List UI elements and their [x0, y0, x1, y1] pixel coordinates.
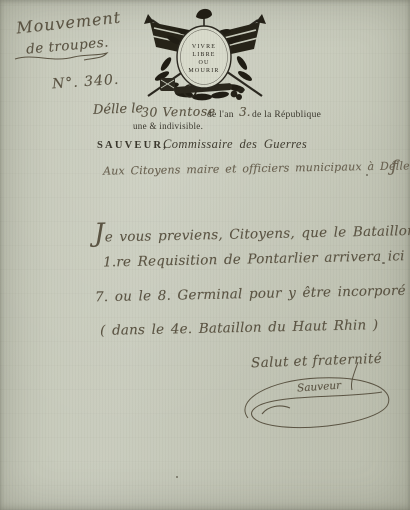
dateline-place-handwritten: Délle le [93, 101, 144, 118]
signature-flourish [210, 362, 410, 447]
dateline-printed-de-lan: de l'an [207, 110, 234, 120]
underline-flourish [12, 50, 112, 66]
body-line-4: ( dans le 4e. Bataillon du Haut Rhin ) [100, 317, 379, 339]
motto-line: OU [198, 60, 209, 66]
docket-title-line1: Mouvement [15, 8, 122, 38]
docket-number: N°. 340. [52, 72, 120, 93]
spearhead-icon [144, 14, 154, 24]
document-page: Mouvement de troupes. N°. 340. [0, 0, 410, 510]
address-line: Aux Citoyens maire et officiers municipa… [103, 159, 410, 177]
drum-icon [160, 78, 175, 91]
paraph-mark: ƒ [391, 157, 397, 177]
motto-line: MOURIR [188, 68, 219, 74]
body-line-1: Je vous previens, Citoyens, que le Batai… [94, 211, 410, 248]
ink-speck [176, 476, 178, 478]
sender-title-printed: Commissaire des Guerres [163, 137, 307, 152]
ink-speck [382, 262, 385, 264]
revolutionary-emblem: VIVRE LIBRE OU MOURIR [118, 6, 290, 108]
liberty-cap-icon [196, 9, 212, 19]
body-line-3: 7. ou le 8. Germinal pour y être incorpo… [95, 283, 406, 306]
sender-name-printed: SAUVEUR, [97, 140, 168, 151]
motto-line: VIVRE [192, 44, 216, 50]
motto-line: LIBRE [192, 52, 215, 58]
body-line-2: 1.re Requisition de Pontarlier arrivera … [103, 248, 410, 271]
ink-speck [366, 174, 368, 176]
spearhead-icon [256, 14, 266, 24]
dateline-printed-republique: de la République [252, 110, 321, 120]
dateline-year-handwritten: 3. [239, 105, 250, 119]
dateline-printed-une-indivisible: une & indivisible. [133, 121, 203, 131]
dateline-day-handwritten: 30 Ventose [141, 103, 216, 119]
